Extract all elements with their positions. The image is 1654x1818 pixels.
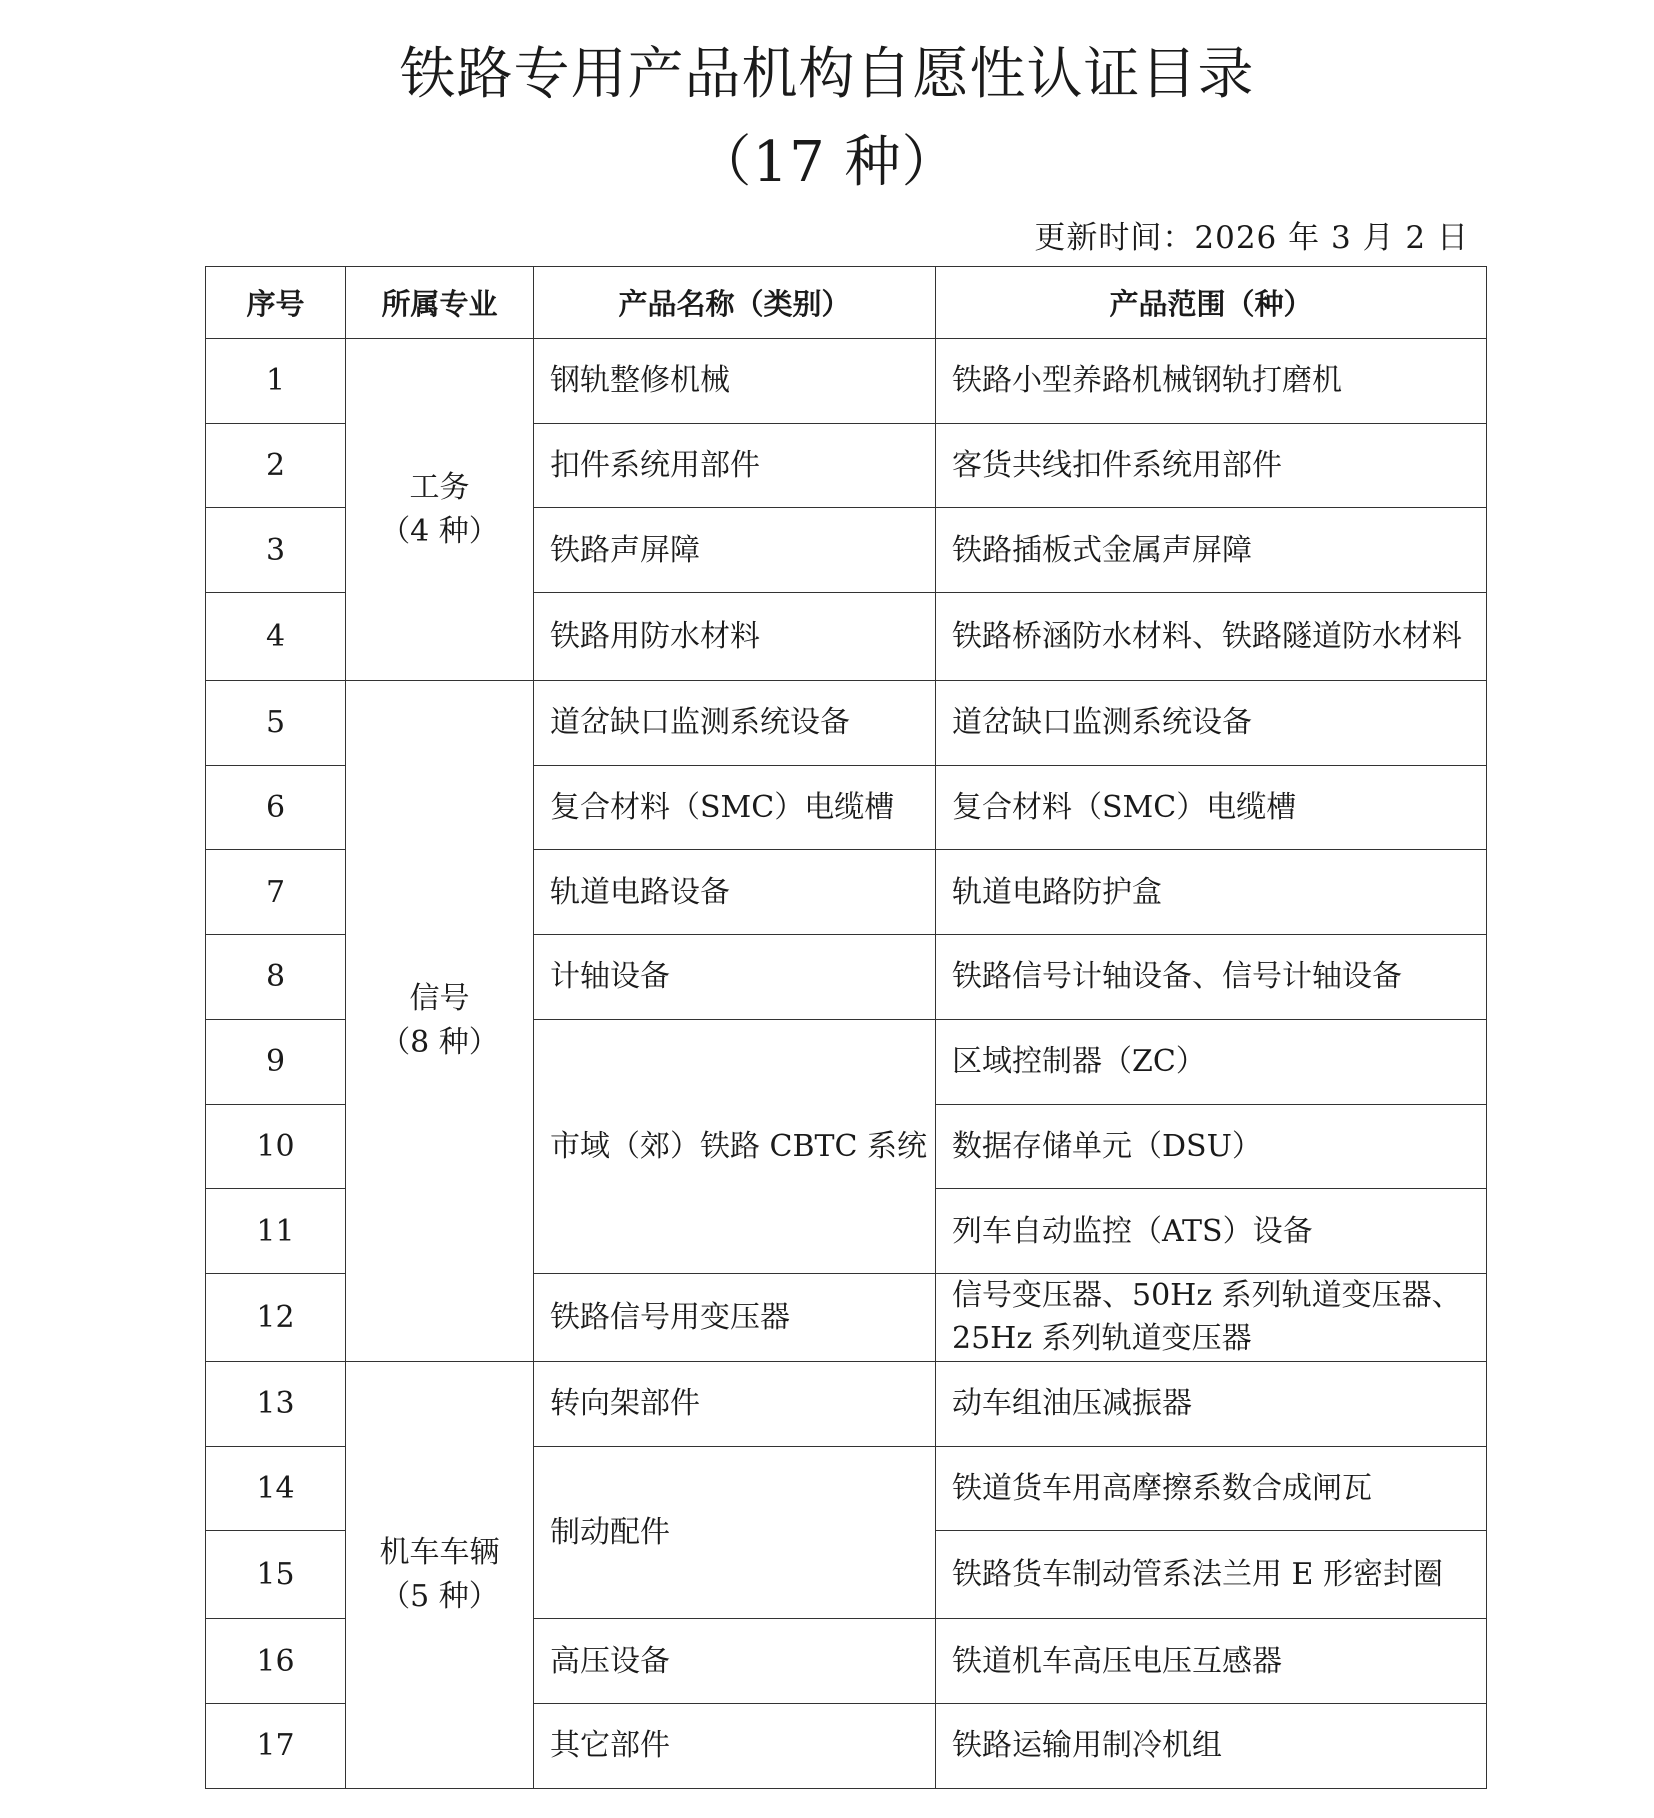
product-name: 制动配件	[534, 1446, 936, 1619]
row-no: 10	[206, 1104, 346, 1189]
product-name: 转向架部件	[534, 1361, 936, 1446]
product-scope: 区域控制器（ZC）	[936, 1019, 1487, 1104]
table-header-row: 序号 所属专业 产品名称（类别） 产品范围（种）	[206, 267, 1487, 339]
product-scope: 数据存储单元（DSU）	[936, 1104, 1487, 1189]
table-row: 1 工务 （4 种） 钢轨整修机械 铁路小型养路机械钢轨打磨机	[206, 339, 1487, 424]
table-row: 5 信号 （8 种） 道岔缺口监测系统设备 道岔缺口监测系统设备	[206, 681, 1487, 766]
product-name: 其它部件	[534, 1703, 936, 1788]
document-subtitle: （17 种）	[0, 118, 1654, 198]
header-product-scope: 产品范围（种）	[936, 267, 1487, 339]
category-count: （5 种）	[346, 1575, 533, 1619]
table-row: 13 机车车辆 （5 种） 转向架部件 动车组油压减振器	[206, 1361, 1487, 1446]
category-name: 信号	[346, 977, 533, 1021]
category-cell: 工务 （4 种）	[346, 339, 534, 681]
product-name: 市域（郊）铁路 CBTC 系统	[534, 1019, 936, 1273]
category-name: 工务	[346, 466, 533, 510]
product-name: 铁路用防水材料	[534, 593, 936, 681]
product-scope: 复合材料（SMC）电缆槽	[936, 765, 1487, 850]
header-category: 所属专业	[346, 267, 534, 339]
product-name: 钢轨整修机械	[534, 339, 936, 424]
header-product-name: 产品名称（类别）	[534, 267, 936, 339]
product-scope: 铁路信号计轴设备、信号计轴设备	[936, 935, 1487, 1020]
row-no: 14	[206, 1446, 346, 1531]
row-no: 6	[206, 765, 346, 850]
product-scope: 客货共线扣件系统用部件	[936, 423, 1487, 508]
row-no: 4	[206, 593, 346, 681]
product-name: 复合材料（SMC）电缆槽	[534, 765, 936, 850]
row-no: 9	[206, 1019, 346, 1104]
category-cell: 机车车辆 （5 种）	[346, 1361, 534, 1788]
update-time: 更新时间：2026 年 3 月 2 日	[1034, 212, 1469, 257]
row-no: 13	[206, 1361, 346, 1446]
product-name: 道岔缺口监测系统设备	[534, 681, 936, 766]
product-name: 铁路声屏障	[534, 508, 936, 593]
row-no: 15	[206, 1531, 346, 1619]
product-name: 高压设备	[534, 1619, 936, 1704]
product-name: 计轴设备	[534, 935, 936, 1020]
header-no: 序号	[206, 267, 346, 339]
product-scope: 列车自动监控（ATS）设备	[936, 1189, 1487, 1274]
product-name: 轨道电路设备	[534, 850, 936, 935]
product-name: 铁路信号用变压器	[534, 1273, 936, 1361]
row-no: 16	[206, 1619, 346, 1704]
row-no: 17	[206, 1703, 346, 1788]
product-scope: 轨道电路防护盒	[936, 850, 1487, 935]
row-no: 8	[206, 935, 346, 1020]
product-scope: 铁路插板式金属声屏障	[936, 508, 1487, 593]
document-title: 铁路专用产品机构自愿性认证目录	[0, 30, 1654, 110]
product-scope: 动车组油压减振器	[936, 1361, 1487, 1446]
category-cell: 信号 （8 种）	[346, 681, 534, 1362]
row-no: 1	[206, 339, 346, 424]
category-count: （8 种）	[346, 1021, 533, 1065]
category-count: （4 种）	[346, 510, 533, 554]
row-no: 3	[206, 508, 346, 593]
product-scope: 铁路小型养路机械钢轨打磨机	[936, 339, 1487, 424]
product-scope: 铁路运输用制冷机组	[936, 1703, 1487, 1788]
certification-table: 序号 所属专业 产品名称（类别） 产品范围（种） 1 工务 （4 种） 钢轨整修…	[205, 266, 1487, 1789]
product-scope: 铁路货车制动管系法兰用 E 形密封圈	[936, 1531, 1487, 1619]
row-no: 2	[206, 423, 346, 508]
product-scope: 铁道货车用高摩擦系数合成闸瓦	[936, 1446, 1487, 1531]
row-no: 5	[206, 681, 346, 766]
category-name: 机车车辆	[346, 1531, 533, 1575]
row-no: 7	[206, 850, 346, 935]
product-name: 扣件系统用部件	[534, 423, 936, 508]
product-scope: 信号变压器、50Hz 系列轨道变压器、25Hz 系列轨道变压器	[936, 1273, 1487, 1361]
product-scope: 道岔缺口监测系统设备	[936, 681, 1487, 766]
product-scope: 铁道机车高压电压互感器	[936, 1619, 1487, 1704]
product-scope: 铁路桥涵防水材料、铁路隧道防水材料	[936, 593, 1487, 681]
row-no: 11	[206, 1189, 346, 1274]
row-no: 12	[206, 1273, 346, 1361]
